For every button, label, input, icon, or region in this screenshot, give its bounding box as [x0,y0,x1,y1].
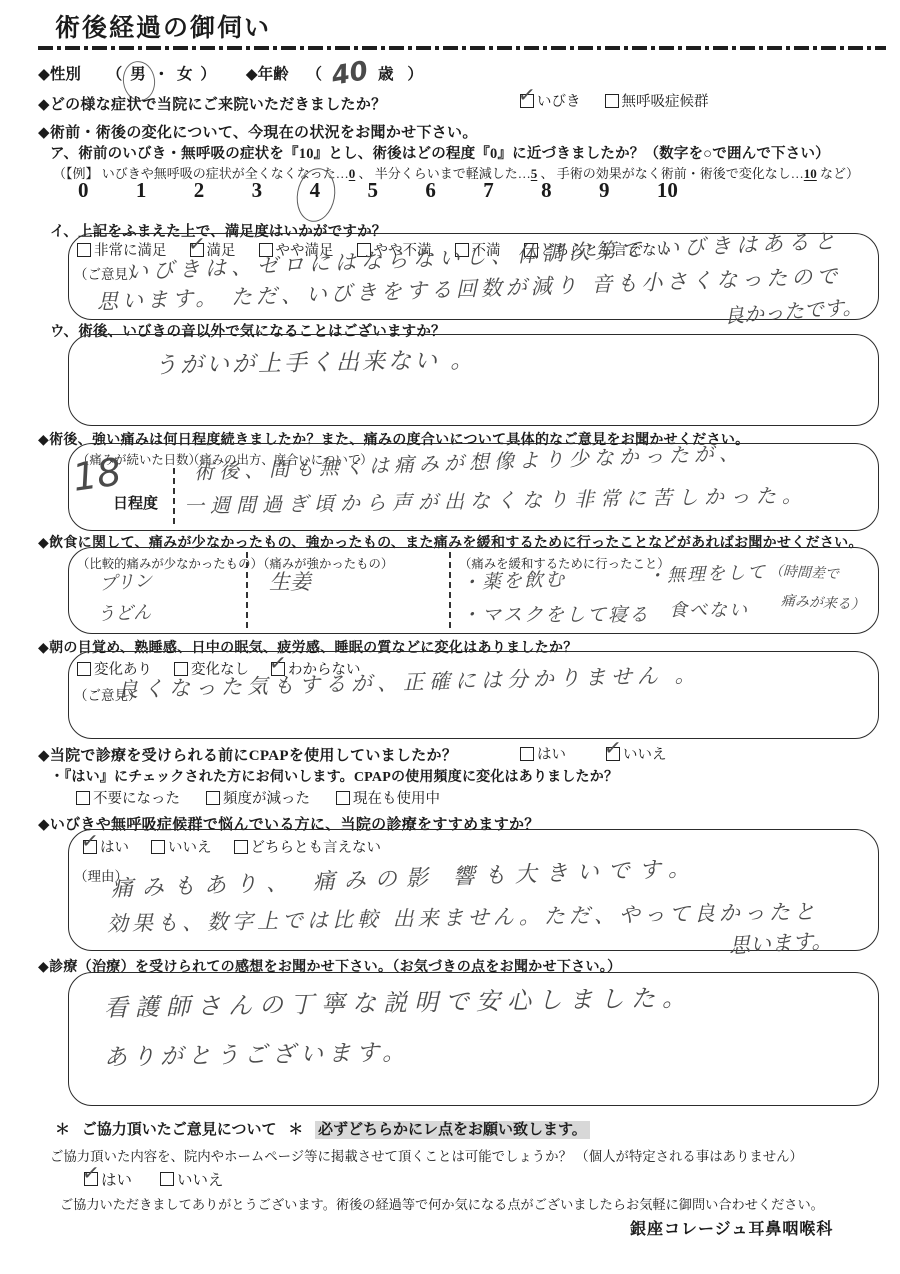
checkbox-option[interactable]: ✓不要になった [76,787,180,808]
age-value-handwritten: 40 [329,56,370,92]
checkbox-option[interactable]: ✓頻度が減った [206,787,310,808]
checkbox-option-mukokyu[interactable]: ✓ 無呼吸症候群 [605,90,709,111]
scale-2[interactable]: 2 [194,178,205,203]
recommend-box: ✓はい ✓いいえ ✓どちらとも言えない （理由） 痛みもあり、 痛みの影 響も大… [68,829,879,951]
handwritten-pain-line1: 術後、間も無くは痛みが想像より少なかったが、 [193,437,744,485]
scale-6[interactable]: 6 [425,178,436,203]
footer-thanks: ご協力いただきましてありがとうございます。術後の経過等で何か気になる点がございま… [60,1194,824,1213]
handwritten-col3-extra2: 食べない [669,596,749,622]
handwritten-col2-item1: 生姜 [269,566,311,596]
checkbox-label: いいえ [168,836,212,857]
checkbox-label: はい [100,836,129,857]
checkbox-option[interactable]: ✓はい [83,836,129,857]
checkbox[interactable]: ✓ [83,840,97,854]
checkbox-label: どちらとも言えない [251,836,382,857]
checkbox[interactable]: ✓ [84,1172,98,1186]
scale-8[interactable]: 8 [541,178,552,203]
checkbox[interactable]: ✓ [160,1172,174,1186]
eating-box: （比較的痛みが少なかったもの） （痛みが強かったもの） （痛みを緩和するために行… [68,547,879,634]
dashed-divider [173,468,175,524]
handwritten-col1-item1: プリン [98,566,153,596]
checkbox[interactable]: ✓ [151,840,165,854]
age-label: ◆年齢 [246,66,289,83]
checkbox-label: はい [537,743,566,764]
handwritten-reason-line2: 効果も、数字上では比較 出来ません。ただ、やって良かったと [107,896,819,938]
handwritten-col3-note2: 痛みが来る） [780,590,865,614]
days-unit: 日程度 [113,492,158,513]
checkbox[interactable]: ✓ [605,94,619,108]
handwritten-impression-line1: 看護師さんの丁寧な説明で安心しました。 [104,978,694,1023]
scale-5[interactable]: 5 [367,178,378,203]
checkbox-label: 不要になった [93,787,180,808]
checkbox-option[interactable]: ✓いいえ [160,1168,224,1190]
checkbox[interactable]: ✓ [77,243,91,257]
checkbox-label: いびき [537,90,581,111]
change-heading: ◆術前・術後の変化について、今現在の状況をお聞かせ下さい。 [38,121,478,142]
publish-question: ご協力頂いた内容を、院内やホームページ等に掲載させて頂くことは可能でしょうか？ … [50,1146,803,1165]
checkbox-option[interactable]: ✓現在も使用中 [336,787,440,808]
checkbox-option-ibiki[interactable]: ✓ いびき [520,90,581,111]
scale-7[interactable]: 7 [483,178,494,203]
gender-female: 女 [177,66,193,83]
publish-options: ✓はい ✓いいえ [84,1168,224,1190]
scale-0[interactable]: 0 [78,178,89,203]
paren: ） [200,66,216,83]
checkbox-label: 頻度が減った [223,787,310,808]
checkbox-label: いいえ [177,1168,224,1190]
footer-note-highlight: 必ずどちらかにレ点をお願い致します。 [315,1121,590,1139]
gender-male-circled: 男 [130,66,146,83]
handwritten-col1-item2: うどん [97,598,152,626]
section-profile: ◆性別 （ 男 ・ 女 ） ◆年齢 （ 40 歳 ） [38,62,423,92]
satisfaction-box: ✓非常に満足 ✓満足 ✓やや満足 ✓やや不満 ✓不満 ✓どちらとも言えない （ご… [68,233,879,320]
checkmark-icon: ✓ [80,828,100,854]
checkbox-label: 現在も使用中 [353,787,440,808]
cpap-followup: ・『はい』にチェックされた方にお伺いします。CPAPの使用頻度に変化はありました… [50,766,618,786]
example-text: など） [817,166,859,181]
footer-note: ＊ ご協力頂いたご意見について ＊ 必ずどちらかにレ点をお願い致します。 [55,1118,590,1139]
cpap-followup-options: ✓不要になった ✓頻度が減った ✓現在も使用中 [76,787,440,808]
checkmark-icon: ✓ [81,1160,101,1186]
gender-label: ◆性別 [38,66,81,83]
age-unit: 歳 [378,66,394,83]
pain-box: （痛みが続いた日数） （痛みの出方、度合いについて） 18 日程度 術後、間も無… [68,443,879,531]
change-sub-a: ア、術前のいびき・無呼吸の症状を『10』とし、術後はどの程度『0』に近づきました… [50,142,830,163]
clinic-name: 銀座コレージュ耳鼻咽喉科 [630,1216,833,1239]
handwritten-comment-line3: 良かったです。 [723,290,863,329]
scale-4-circled[interactable]: 4 [310,178,321,203]
handwritten-pain-line2: 一週間過ぎ頃から声が出なくなり非常に苦しかった。 [184,479,808,519]
checkmark-icon: ✓ [517,82,537,108]
symptom-options: ✓ いびき ✓ 無呼吸症候群 [520,90,709,111]
cpap-question: ◆当院で診療を受けられる前にCPAPを使用していましたか？ [38,744,457,765]
page-title: 術後経過の御伺い [55,8,271,44]
cpap-options: ✓はい ✓いいえ [520,743,667,764]
impression-box: 看護師さんの丁寧な説明で安心しました。 ありがとうございます。 [68,972,879,1106]
checkbox[interactable]: ✓ [206,791,220,805]
handwritten-reason-line1: 痛みもあり、 痛みの影 響も大きいです。 [110,851,699,903]
handwritten-impression-line2: ありがとうございます。 [104,1034,411,1072]
scale-9[interactable]: 9 [599,178,610,203]
example-underlined-10: 10 [804,166,817,181]
checkbox-option[interactable]: ✓いいえ [606,743,667,764]
dashed-divider [246,552,248,628]
recommend-options: ✓はい ✓いいえ ✓どちらとも言えない [83,836,381,857]
scanned-questionnaire-page: 術後経過の御伺い ◆性別 （ 男 ・ 女 ） ◆年齢 （ 40 歳 ） ◆どの様… [0,0,900,1274]
other-box: うがいが上手く出来ない 。 [68,334,879,426]
checkbox[interactable]: ✓ [520,747,534,761]
handwritten-col3-item1: ・薬を飲む [461,564,567,595]
paren: ） [407,66,423,83]
handwritten-answer: うがいが上手く出来ない 。 [154,341,477,380]
dash-dot-divider [38,46,886,50]
dashed-divider [449,552,451,628]
asterisk: ＊ [55,1122,70,1138]
rating-scale: 0 1 2 3 4 5 6 7 8 9 10 [78,178,678,203]
checkbox[interactable]: ✓ [77,662,91,676]
scale-1[interactable]: 1 [136,178,147,203]
checkbox[interactable]: ✓ [76,791,90,805]
separator: ・ [154,66,170,83]
checkbox[interactable]: ✓ [606,747,620,761]
footer-note-prefix: ご協力頂いたご意見について [82,1122,277,1138]
checkbox-option[interactable]: ✓どちらとも言えない [234,836,382,857]
symptom-question: ◆どの様な症状で当院にご来院いただきましたか？ [38,93,386,114]
checkbox[interactable]: ✓ [520,94,534,108]
checkbox-option[interactable]: ✓いいえ [151,836,212,857]
checkbox-label: いいえ [623,743,667,764]
checkbox-option[interactable]: ✓はい [84,1168,132,1190]
checkmark-icon: ✓ [603,735,623,761]
handwritten-col3-item2: ・マスクをして寝る [461,600,650,627]
paren: （ [307,66,323,83]
asterisk: ＊ [288,1122,303,1138]
handwritten-col3-extra1: ・無理をして [647,558,768,588]
checkbox-label: はい [101,1168,132,1190]
checkbox[interactable]: ✓ [234,840,248,854]
handwritten-col3-note1: （時間差で [768,560,839,584]
paren: （ [107,66,123,83]
sleep-box: ✓変化あり ✓変化なし ✓わからない （ご意見） 良くなった気もするが、正確には… [68,651,879,739]
scale-10[interactable]: 10 [657,178,678,203]
handwritten-reason-line3: 思います。 [728,925,833,960]
checkbox-label: 無呼吸症候群 [622,90,709,111]
checkbox[interactable]: ✓ [336,791,350,805]
checkbox-option[interactable]: ✓はい [520,743,566,764]
scale-3[interactable]: 3 [252,178,263,203]
